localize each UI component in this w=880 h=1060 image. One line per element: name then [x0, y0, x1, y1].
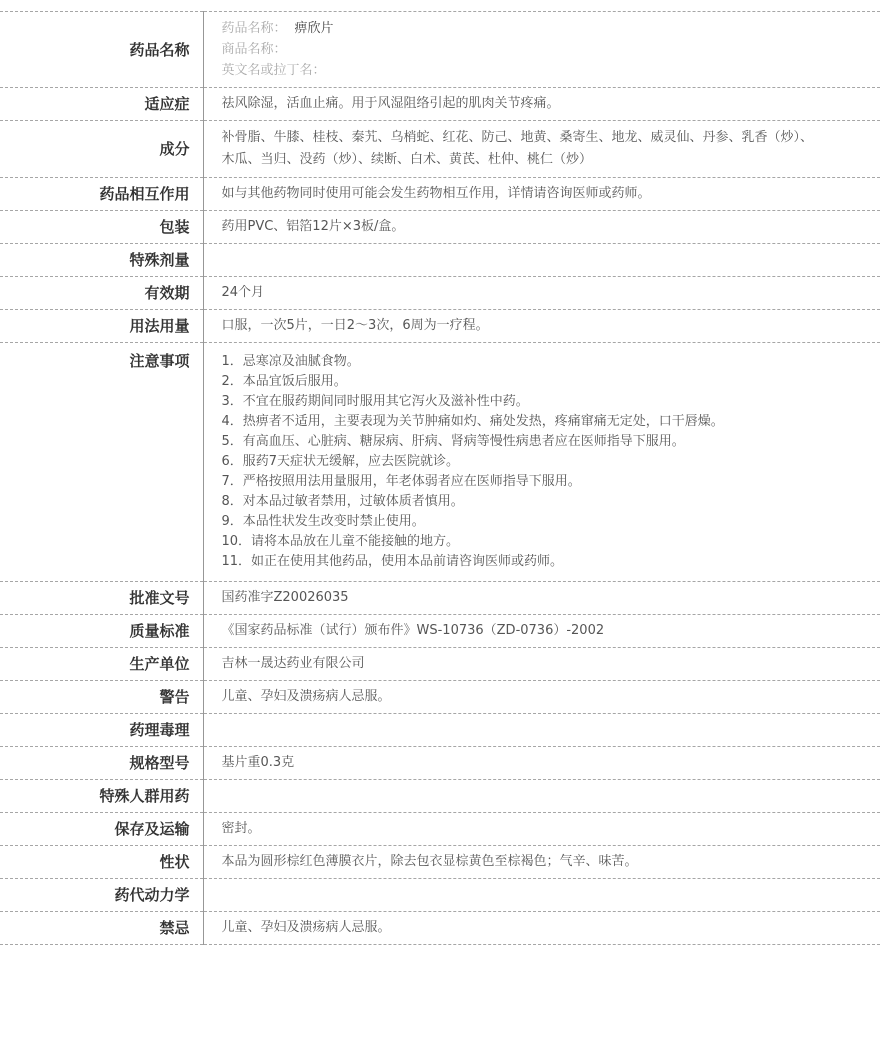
row-label: 药代动力学: [0, 879, 203, 912]
precaution-item: 8．对本品过敏者禁用，过敏体质者慎用。: [222, 492, 861, 512]
table-row-pharmacokinetics: 药代动力学: [0, 879, 880, 912]
row-value: [203, 714, 880, 747]
table-row-packaging: 包装 药用PVC、铝箔12片×3板/盒。: [0, 211, 880, 244]
precaution-item: 10．请将本品放在儿童不能接触的地方。: [222, 532, 861, 552]
generic-name-prefix: 药品名称：: [222, 21, 287, 36]
row-label: 禁忌: [0, 912, 203, 945]
row-label: 批准文号: [0, 582, 203, 615]
table-row-manufacturer: 生产单位 吉林一晟达药业有限公司: [0, 648, 880, 681]
drug-info-page: 药品名称 药品名称：痹欣片 商品名称： 英文名或拉丁名： 适应症 祛风除湿，活血…: [0, 0, 880, 1060]
row-value: 儿童、孕妇及溃疡病人忌服。: [203, 912, 880, 945]
table-row-interactions: 药品相互作用 如与其他药物同时使用可能会发生药物相互作用，详情请咨询医师或药师。: [0, 178, 880, 211]
row-value: 口服，一次5片，一日2～3次，6周为一疗程。: [203, 310, 880, 343]
precaution-item: 4．热痹者不适用，主要表现为关节肿痛如灼、痛处发热，疼痛窜痛无定处，口干唇燥。: [222, 412, 861, 432]
row-value: 本品为圆形棕红色薄膜衣片，除去包衣显棕黄色至棕褐色；气辛、味苦。: [203, 846, 880, 879]
precaution-item: 11．如正在使用其他药品，使用本品前请咨询医师或药师。: [222, 552, 861, 572]
row-value: 祛风除湿，活血止痛。用于风湿阻络引起的肌肉关节疼痛。: [203, 88, 880, 121]
row-label: 成分: [0, 121, 203, 178]
row-label: 特殊剂量: [0, 244, 203, 277]
table-row-contraindications: 禁忌 儿童、孕妇及溃疡病人忌服。: [0, 912, 880, 945]
table-row-special-dosage: 特殊剂量: [0, 244, 880, 277]
row-value: 吉林一晟达药业有限公司: [203, 648, 880, 681]
table-row-approval-number: 批准文号 国药准字Z20026035: [0, 582, 880, 615]
row-value: 24个月: [203, 277, 880, 310]
row-value: 国药准字Z20026035: [203, 582, 880, 615]
row-label: 注意事项: [0, 343, 203, 582]
precaution-item: 2．本品宜饭后服用。: [222, 372, 861, 392]
table-row-quality-standard: 质量标准 《国家药品标准（试行）颁布件》WS-10736（ZD-0736）-20…: [0, 615, 880, 648]
precaution-item: 7．严格按照用法用量服用，年老体弱者应在医师指导下服用。: [222, 472, 861, 492]
row-label: 性状: [0, 846, 203, 879]
table-row-precautions: 注意事项 1．忌寒凉及油腻食物。 2．本品宜饭后服用。 3．不宜在服药期间同时服…: [0, 343, 880, 582]
table-row-dosage: 用法用量 口服，一次5片，一日2～3次，6周为一疗程。: [0, 310, 880, 343]
precaution-item: 5．有高血压、心脏病、糖尿病、肝病、肾病等慢性病患者应在医师指导下服用。: [222, 432, 861, 452]
row-value: 儿童、孕妇及溃疡病人忌服。: [203, 681, 880, 714]
row-label: 有效期: [0, 277, 203, 310]
row-value: 药品名称：痹欣片 商品名称： 英文名或拉丁名：: [203, 12, 880, 88]
precaution-item: 1．忌寒凉及油腻食物。: [222, 352, 861, 372]
table-row-indications: 适应症 祛风除湿，活血止痛。用于风湿阻络引起的肌肉关节疼痛。: [0, 88, 880, 121]
row-value: 如与其他药物同时使用可能会发生药物相互作用，详情请咨询医师或药师。: [203, 178, 880, 211]
precaution-item: 9．本品性状发生改变时禁止使用。: [222, 512, 861, 532]
row-label: 质量标准: [0, 615, 203, 648]
table-row-description: 性状 本品为圆形棕红色薄膜衣片，除去包衣显棕黄色至棕褐色；气辛、味苦。: [0, 846, 880, 879]
row-label: 特殊人群用药: [0, 780, 203, 813]
row-label: 包装: [0, 211, 203, 244]
row-value: [203, 879, 880, 912]
row-label: 规格型号: [0, 747, 203, 780]
table-row-special-populations: 特殊人群用药: [0, 780, 880, 813]
row-label: 适应症: [0, 88, 203, 121]
precaution-item: 3．不宜在服药期间同时服用其它泻火及滋补性中药。: [222, 392, 861, 412]
drug-info-table: 药品名称 药品名称：痹欣片 商品名称： 英文名或拉丁名： 适应症 祛风除湿，活血…: [0, 11, 880, 945]
row-label: 警告: [0, 681, 203, 714]
latin-name-line: 英文名或拉丁名：: [222, 60, 861, 81]
table-row-drug-name: 药品名称 药品名称：痹欣片 商品名称： 英文名或拉丁名：: [0, 12, 880, 88]
row-label: 药品相互作用: [0, 178, 203, 211]
row-label: 药理毒理: [0, 714, 203, 747]
row-value: 《国家药品标准（试行）颁布件》WS-10736（ZD-0736）-2002: [203, 615, 880, 648]
table-row-warning: 警告 儿童、孕妇及溃疡病人忌服。: [0, 681, 880, 714]
ingredients-text: 补骨脂、牛膝、桂枝、秦艽、乌梢蛇、红花、防己、地黄、桑寄生、地龙、威灵仙、丹参、…: [222, 127, 824, 171]
row-value: [203, 244, 880, 277]
row-label: 药品名称: [0, 12, 203, 88]
table-row-pharmacology-toxicology: 药理毒理: [0, 714, 880, 747]
row-label: 保存及运输: [0, 813, 203, 846]
row-label: 用法用量: [0, 310, 203, 343]
table-row-shelf-life: 有效期 24个月: [0, 277, 880, 310]
trade-name-line: 商品名称：: [222, 39, 861, 60]
row-value: [203, 780, 880, 813]
row-value: 基片重0.3克: [203, 747, 880, 780]
table-row-ingredients: 成分 补骨脂、牛膝、桂枝、秦艽、乌梢蛇、红花、防己、地黄、桑寄生、地龙、威灵仙、…: [0, 121, 880, 178]
row-value: 1．忌寒凉及油腻食物。 2．本品宜饭后服用。 3．不宜在服药期间同时服用其它泻火…: [203, 343, 880, 582]
table-row-specification: 规格型号 基片重0.3克: [0, 747, 880, 780]
precaution-item: 6．服药7天症状无缓解，应去医院就诊。: [222, 452, 861, 472]
table-row-storage-transport: 保存及运输 密封。: [0, 813, 880, 846]
row-value: 补骨脂、牛膝、桂枝、秦艽、乌梢蛇、红花、防己、地黄、桑寄生、地龙、威灵仙、丹参、…: [203, 121, 880, 178]
generic-name-value: 痹欣片: [295, 21, 334, 36]
row-label: 生产单位: [0, 648, 203, 681]
row-value: 药用PVC、铝箔12片×3板/盒。: [203, 211, 880, 244]
row-value: 密封。: [203, 813, 880, 846]
generic-name-line: 药品名称：痹欣片: [222, 18, 861, 39]
